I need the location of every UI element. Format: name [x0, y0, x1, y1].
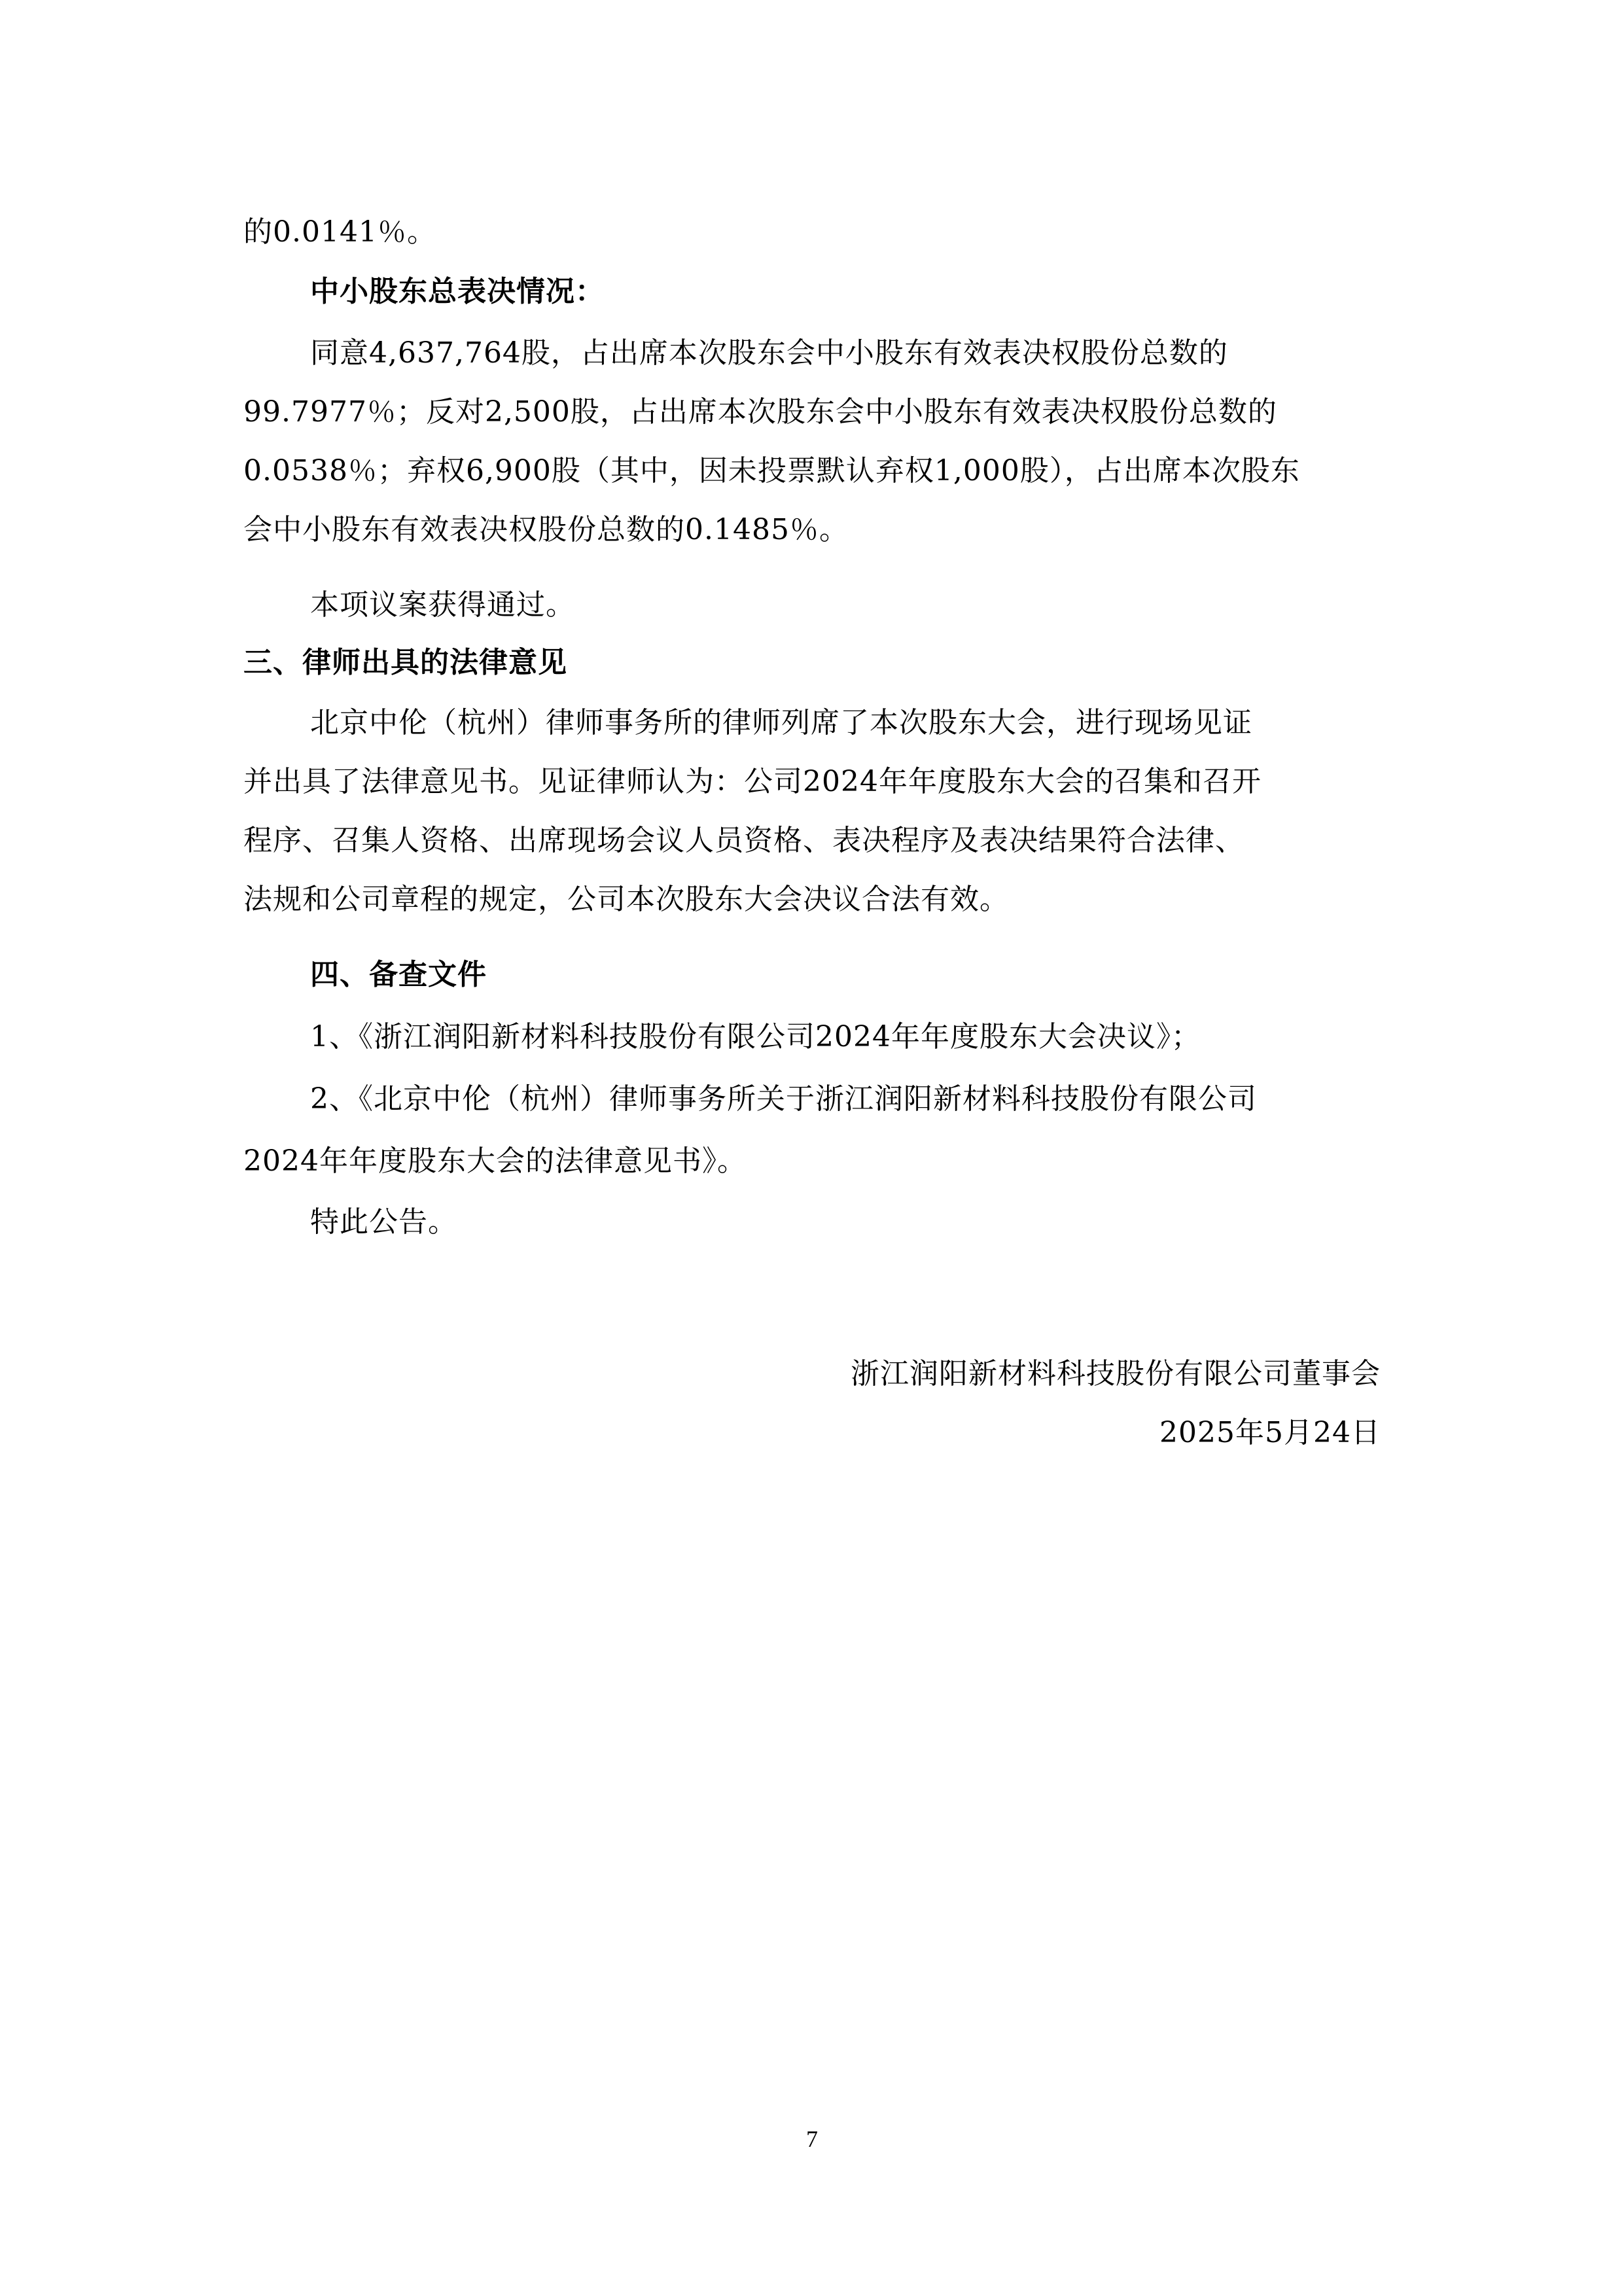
section-3-line-2: 并出具了法律意见书。见证律师认为：公司2024年年度股东大会的召集和召开 [243, 762, 1262, 802]
minority-vote-line-4: 会中小股东有效表决权股份总数的0.1485％。 [243, 510, 849, 550]
minority-vote-line-3: 0.0538％；弃权6,900股（其中，因未投票默认弃权1,000股），占出席本… [243, 451, 1300, 491]
section-3-line-4: 法规和公司章程的规定，公司本次股东大会决议合法有效。 [243, 880, 1009, 919]
passed-text: 本项议案获得通过。 [310, 586, 575, 625]
minority-vote-heading: 中小股东总表决情况： [310, 272, 605, 311]
minority-vote-line-1: 同意4,637,764股，占出席本次股东会中小股东有效表决权股份总数的 [310, 334, 1228, 373]
page-number: 7 [0, 2125, 1624, 2153]
section-4-heading: 四、备查文件 [310, 955, 487, 995]
reference-item-2-line-2: 2024年年度股东大会的法律意见书》。 [243, 1142, 747, 1181]
reference-item-1: 1、《浙江润阳新材料科技股份有限公司2024年年度股东大会决议》； [310, 1017, 1201, 1057]
section-3-heading: 三、律师出具的法律意见 [243, 643, 567, 682]
reference-item-2-line-1: 2、《北京中伦（杭州）律师事务所关于浙江润阳新材料科技股份有限公司 [310, 1080, 1257, 1119]
signature-company: 浙江润阳新材料科技股份有限公司董事会 [851, 1354, 1381, 1394]
continuation-text: 的0.0141％。 [243, 213, 436, 252]
closing-text: 特此公告。 [310, 1203, 457, 1242]
section-3-line-1: 北京中伦（杭州）律师事务所的律师列席了本次股东大会，进行现场见证 [310, 703, 1252, 743]
signature-date: 2025年5月24日 [1159, 1413, 1381, 1453]
document-page: 的0.0141％。 中小股东总表决情况： 同意4,637,764股，占出席本次股… [0, 0, 1624, 2296]
section-3-line-3: 程序、召集人资格、出席现场会议人员资格、表决程序及表决结果符合法律、 [243, 821, 1244, 860]
minority-vote-line-2: 99.7977％；反对2,500股，占出席本次股东会中小股东有效表决权股份总数的 [243, 393, 1277, 432]
